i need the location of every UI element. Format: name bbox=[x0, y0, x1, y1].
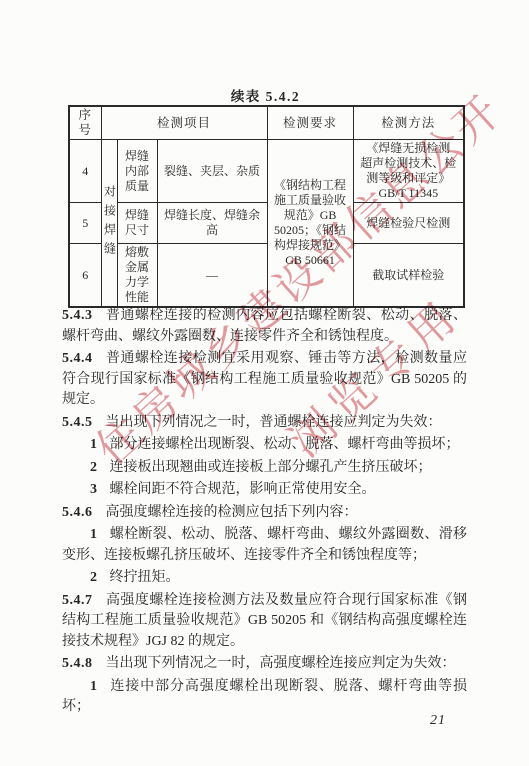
item-number: 3 bbox=[90, 482, 98, 497]
item-text: 螺栓间距不符合规范，影响正常使用安全。 bbox=[110, 482, 376, 497]
clause-number: 5.4.6 bbox=[62, 505, 93, 520]
clause-text: 当出现下列情况之一时，高强度螺栓连接应判定为失效： bbox=[106, 656, 456, 671]
item-number: 1 bbox=[90, 437, 98, 452]
serial-cell: 4 bbox=[69, 140, 101, 203]
item-number: 2 bbox=[90, 570, 98, 585]
serial-cell: 6 bbox=[69, 244, 101, 308]
item-text: 连接板出现翘曲或连接板上部分螺孔产生挤压破坏； bbox=[110, 460, 432, 475]
desc-cell: 裂缝、夹层、杂质 bbox=[157, 140, 267, 203]
table-caption: 续表 5.4.2 bbox=[68, 85, 463, 105]
item-text: 部分连接螺栓出现断裂、松动、脱落、螺杆弯曲等损坏； bbox=[110, 437, 460, 452]
clause-5-4-6-item-2: 2终拧扭矩。 bbox=[62, 568, 467, 589]
clause-5-4-5-item-1: 1部分连接螺栓出现断裂、松动、脱落、螺杆弯曲等损坏； bbox=[62, 435, 467, 456]
item-cell: 焊缝尺寸 bbox=[117, 203, 157, 244]
clause-5-4-5-item-2: 2连接板出现翘曲或连接板上部分螺孔产生挤压破坏； bbox=[62, 458, 467, 479]
clause-5-4-5: 5.4.5当出现下列情况之一时，普通螺栓连接应判定为失效： bbox=[62, 413, 467, 434]
item-number: 1 bbox=[90, 527, 98, 542]
method-cell: 焊缝检验尺检测 bbox=[353, 203, 464, 244]
method-cell: 《焊缝无损检测 超声检测技术、检测等级和评定》GB/T 11345 bbox=[353, 140, 464, 203]
page-number: 21 bbox=[430, 713, 446, 729]
header-serial-number: 序号 bbox=[69, 106, 101, 140]
clause-5-4-8-item-1: 1连接中部分高强度螺栓出现断裂、脱落、螺杆弯曲等损坏； bbox=[62, 677, 467, 718]
desc-cell: — bbox=[157, 244, 267, 308]
clause-5-4-8: 5.4.8当出现下列情况之一时，高强度螺栓连接应判定为失效： bbox=[62, 654, 467, 675]
table-row: 4 对接焊缝 焊缝内部质量 裂缝、夹层、杂质 《钢结构工程施工质量验收规范》GB… bbox=[69, 140, 464, 203]
table-row: 6 熔敷金属力学性能 — 截取试样检验 bbox=[69, 244, 464, 308]
item-cell: 焊缝内部质量 bbox=[117, 140, 157, 203]
group-label-butt-weld: 对接焊缝 bbox=[101, 140, 117, 308]
clause-5-4-6: 5.4.6高强度螺栓连接的检测应包括下列内容： bbox=[62, 503, 467, 524]
clause-text: 高强度螺栓连接检测方法及数量应符合现行国家标准《钢结构工程施工质量验收规范》GB… bbox=[62, 593, 467, 649]
item-text: 终拧扭矩。 bbox=[110, 570, 180, 585]
clause-text: 当出现下列情况之一时，普通螺栓连接应判定为失效： bbox=[106, 415, 442, 430]
header-inspection-item: 检测项目 bbox=[101, 106, 267, 140]
item-number: 2 bbox=[90, 460, 98, 475]
clause-5-4-5-item-3: 3螺栓间距不符合规范，影响正常使用安全。 bbox=[62, 480, 467, 501]
method-cell: 截取试样检验 bbox=[353, 244, 464, 308]
item-text: 螺栓断裂、松动、脱落、螺杆弯曲、螺纹外露圈数、滑移变形、连接板螺孔挤压破坏、连接… bbox=[62, 527, 467, 563]
clause-number: 5.4.4 bbox=[62, 351, 93, 366]
clause-5-4-7: 5.4.7高强度螺栓连接检测方法及数量应符合现行国家标准《钢结构工程施工质量验收… bbox=[62, 591, 467, 653]
desc-cell: 焊缝长度、焊缝余高 bbox=[157, 203, 267, 244]
clause-5-4-6-item-1: 1螺栓断裂、松动、脱落、螺杆弯曲、螺纹外露圈数、滑移变形、连接板螺孔挤压破坏、连… bbox=[62, 525, 467, 566]
header-inspection-requirement: 检测要求 bbox=[267, 106, 353, 140]
item-text: 连接中部分高强度螺栓出现断裂、脱落、螺杆弯曲等损坏； bbox=[62, 679, 467, 715]
clause-5-4-4: 5.4.4普通螺栓连接检测宜采用观察、锤击等方法，检测数量应符合现行国家标准《钢… bbox=[62, 349, 467, 411]
clause-body: 5.4.3普通螺栓连接的检测内容应包括螺栓断裂、松动、脱落、螺杆弯曲、螺纹外露圈… bbox=[62, 306, 467, 720]
header-inspection-method: 检测方法 bbox=[353, 106, 464, 140]
clause-number: 5.4.5 bbox=[62, 415, 93, 430]
clause-number: 5.4.7 bbox=[62, 593, 93, 608]
clause-text: 普通螺栓连接检测宜采用观察、锤击等方法，检测数量应符合现行国家标准《钢结构工程施… bbox=[62, 351, 467, 407]
item-number: 1 bbox=[90, 679, 98, 694]
table-row: 5 焊缝尺寸 焊缝长度、焊缝余高 焊缝检验尺检测 bbox=[69, 203, 464, 244]
document-page: 住房城乡建设部信息公开 浏览专用 续表 5.4.2 序号 检测项目 检测要求 检… bbox=[0, 0, 529, 766]
clause-number: 5.4.3 bbox=[62, 308, 93, 323]
item-cell: 熔敷金属力学性能 bbox=[117, 244, 157, 308]
inspection-table: 序号 检测项目 检测要求 检测方法 4 对接焊缝 焊缝内部质量 裂缝、夹层、杂质… bbox=[68, 105, 465, 308]
serial-cell: 5 bbox=[69, 203, 101, 244]
requirement-cell: 《钢结构工程施工质量验收规范》GB 50205；《钢结构焊接规范》GB 5066… bbox=[267, 140, 353, 308]
clause-text: 普通螺栓连接的检测内容应包括螺栓断裂、松动、脱落、螺杆弯曲、螺纹外露圈数、连接零… bbox=[62, 308, 467, 344]
clause-5-4-3: 5.4.3普通螺栓连接的检测内容应包括螺栓断裂、松动、脱落、螺杆弯曲、螺纹外露圈… bbox=[62, 306, 467, 347]
clause-text: 高强度螺栓连接的检测应包括下列内容： bbox=[106, 505, 358, 520]
clause-number: 5.4.8 bbox=[62, 656, 93, 671]
